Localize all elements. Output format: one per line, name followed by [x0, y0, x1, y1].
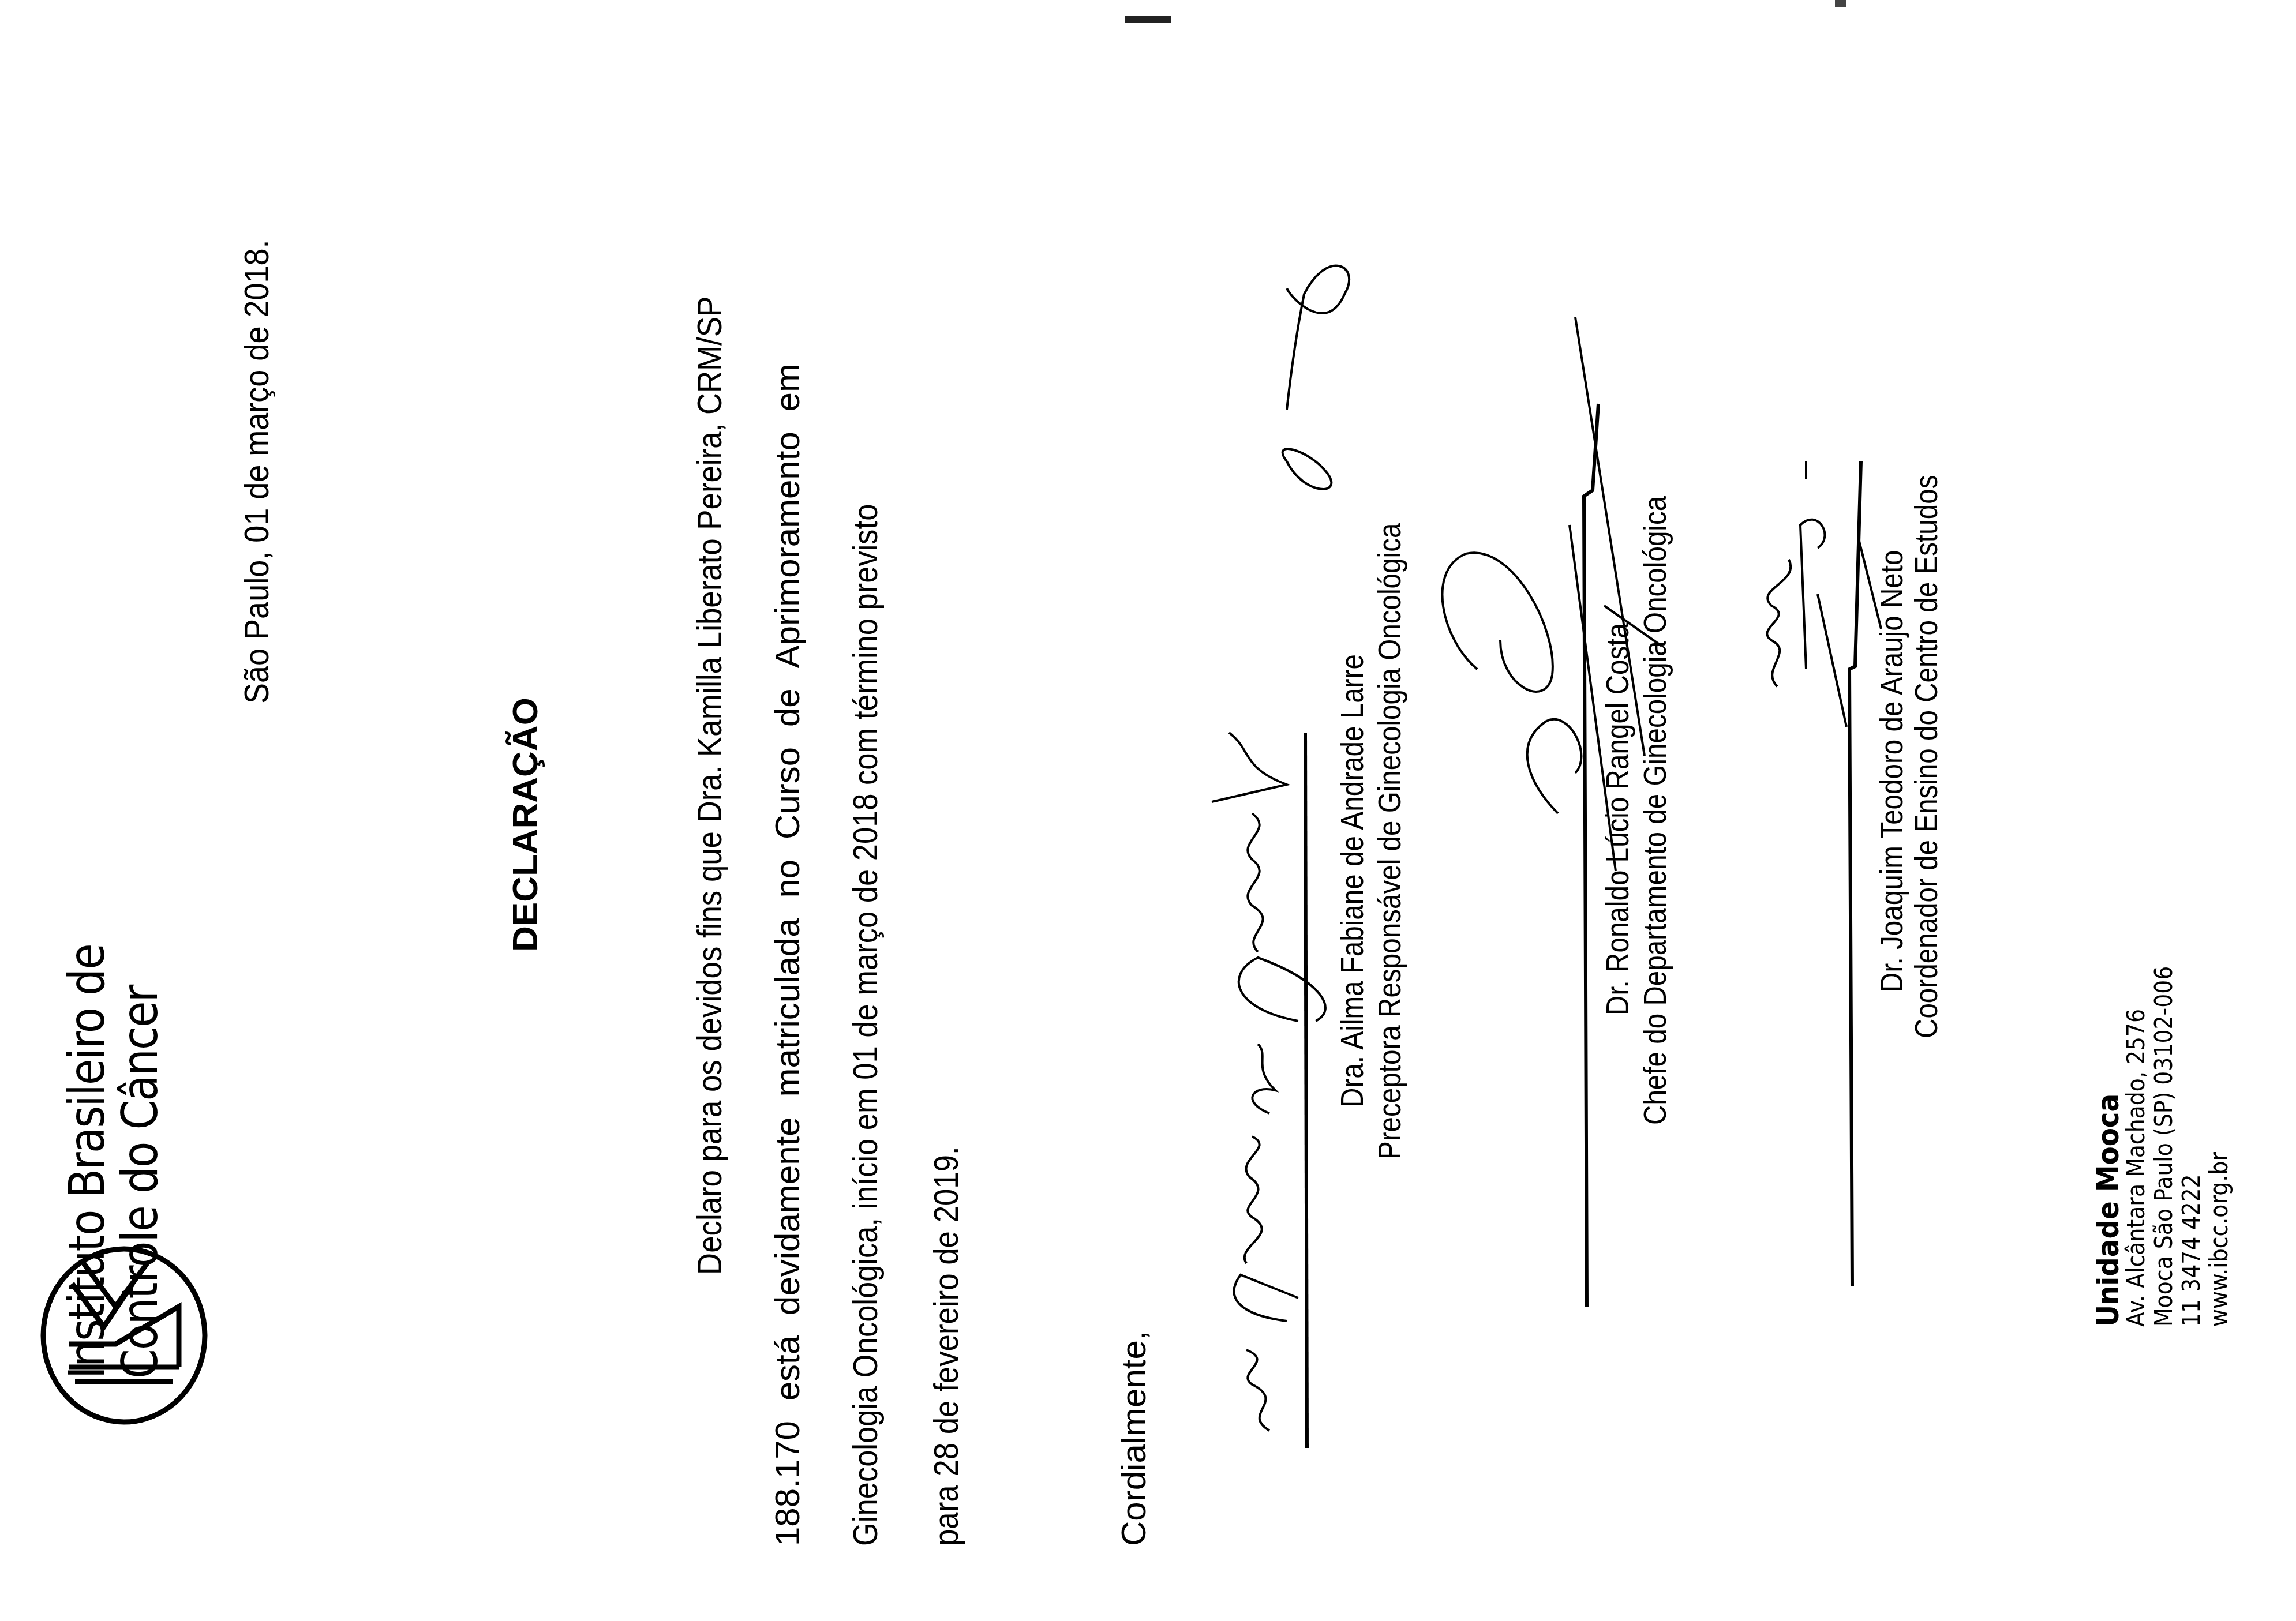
footer-address-line-1: Av. Alcântara Machado, 2576 — [2122, 966, 2150, 1327]
body-word: Curso — [767, 747, 807, 839]
body-line-2: 188.170 está devidamente matriculada no … — [767, 363, 807, 1546]
body-word: está — [767, 1335, 807, 1401]
signatory-1-name: Dra. Ailma Fabiane de Andrade Larre — [1333, 654, 1370, 1108]
body-line-3: Ginecologia Oncológica, início em 01 de … — [845, 504, 885, 1546]
scan-mark — [1835, 0, 1846, 7]
signature-line-3 — [1849, 461, 1861, 1286]
signatory-2-name: Dr. Ronaldo Lúcio Rangel Costa — [1598, 623, 1636, 1015]
body-word: de — [767, 688, 807, 727]
organization-name-line1: Instituto Brasileiro de — [61, 944, 114, 1379]
body-word: 188.170 — [767, 1421, 807, 1546]
body-word: matriculada — [767, 918, 807, 1097]
body-line-4: para 28 de fevereiro de 2019. — [926, 1146, 966, 1546]
signatory-1-role: Preceptora Responsável de Ginecologia On… — [1370, 523, 1408, 1160]
scanned-declaration-page: Instituto Brasileiro de Controle do Cânc… — [0, 0, 2296, 1621]
signature-line-2 — [1584, 404, 1598, 1307]
handwritten-signature-icon — [1767, 461, 1881, 727]
footer-unit-name: Unidade Mooca — [2095, 966, 2122, 1327]
signatory-3-name: Dr. Joaquim Teodoro de Araujo Neto — [1872, 550, 1910, 992]
body-word: devidamente — [767, 1117, 807, 1315]
document-title: DECLARAÇÃO — [505, 697, 546, 952]
closing-salutation: Cordialmente, — [1114, 1330, 1153, 1546]
body-word: Aprimoramento — [767, 431, 807, 668]
footer-address-line-2: Mooca São Paulo (SP) 03102-006 — [2150, 966, 2178, 1327]
scan-mark — [1125, 16, 1171, 23]
signatory-2-role: Chefe do Departamento de Ginecologia Onc… — [1636, 496, 1673, 1125]
organization-name: Instituto Brasileiro de Controle do Cânc… — [61, 944, 167, 1379]
handwritten-signature-icon — [1212, 266, 1349, 1431]
body-word: no — [767, 860, 807, 898]
signature-line-1 — [1305, 733, 1307, 1448]
body-line-1: Declaro para os devidos fins que Dra. Ka… — [690, 297, 729, 1275]
place-and-date: São Paulo, 01 de março de 2018. — [237, 239, 276, 704]
organization-name-line2: Controle do Câncer — [114, 944, 167, 1379]
signatory-3-role: Coordenador de Ensino do Centro de Estud… — [1907, 475, 1945, 1038]
body-word: em — [767, 363, 807, 411]
footer-website[interactable]: www.ibcc.org.br — [2205, 966, 2233, 1327]
footer-address-block: Unidade Mooca Av. Alcântara Machado, 257… — [2095, 966, 2233, 1327]
footer-phone: 11 3474 4222 — [2178, 966, 2205, 1327]
